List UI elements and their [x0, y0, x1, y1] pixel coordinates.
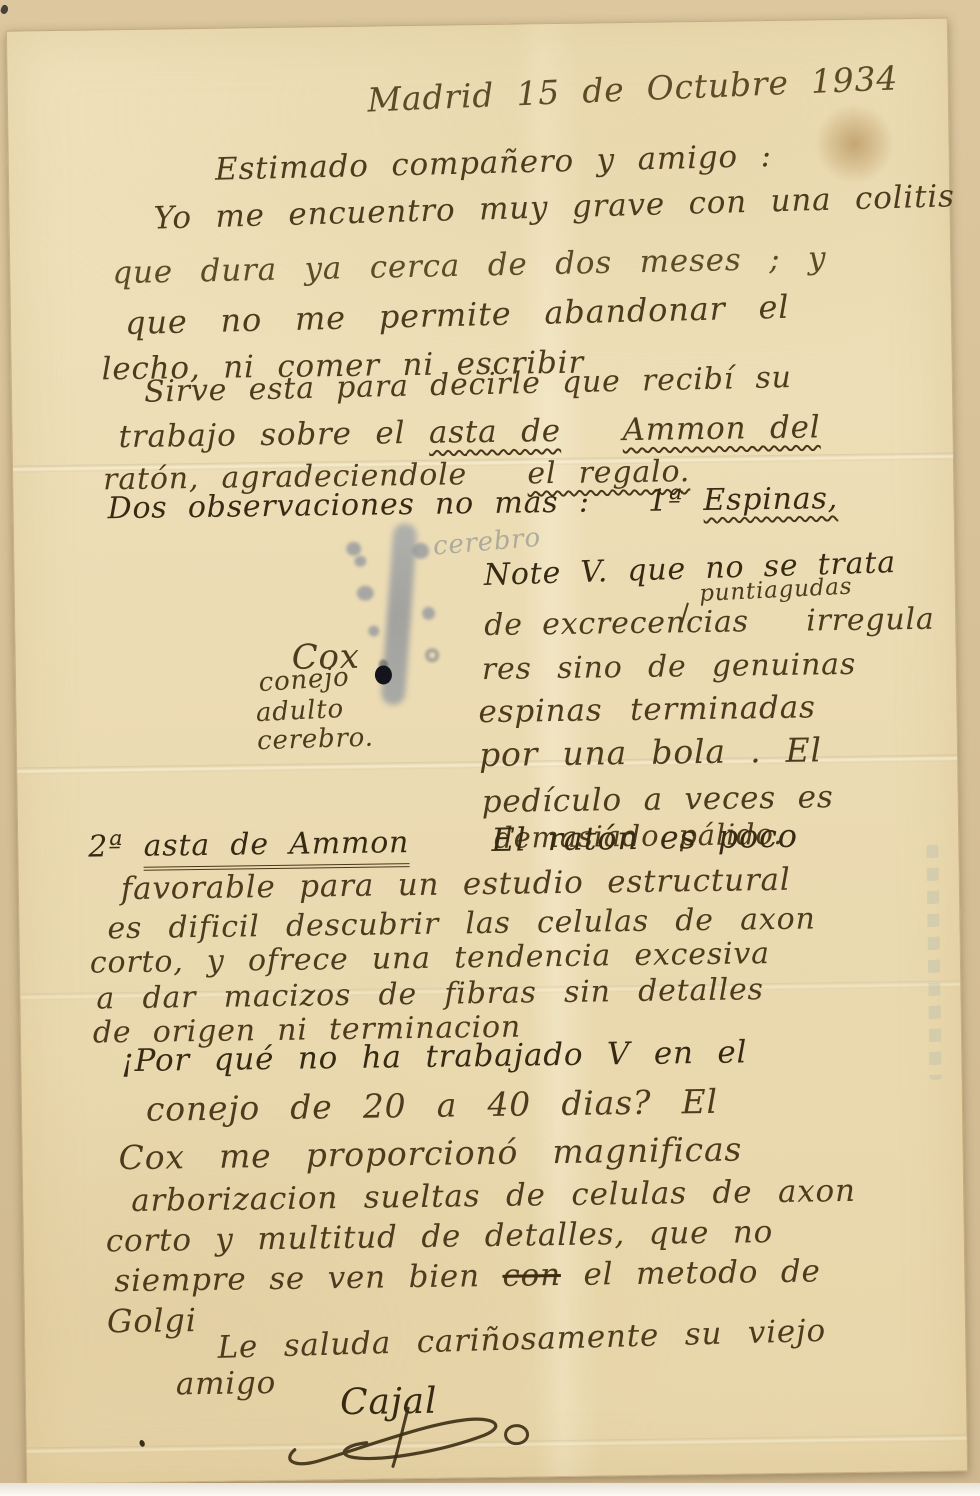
spine-dot: [357, 586, 374, 601]
letter-line: trabajo sobre el asta de Ammon del: [118, 410, 820, 454]
scan-edge: [0, 1483, 980, 1496]
spine-dot: [422, 607, 435, 620]
underlined-heading: asta de Ammon: [143, 825, 409, 871]
letter-line: Golgi: [107, 1303, 197, 1339]
underlined-phrase: Ammon del: [622, 409, 820, 448]
letter-line: conejo de 20 a 40 dias? El: [146, 1084, 718, 1128]
underlined-phrase: asta de: [429, 413, 561, 451]
letter-line: corto y multitud de detalles, que no: [106, 1215, 774, 1258]
letter-line: arborizacion sueltas de celulas de axon: [131, 1174, 856, 1218]
scan-speck: [0, 4, 10, 15]
letter-line: pedículo a veces es: [481, 780, 833, 819]
faint-edge-stamp: [926, 845, 941, 1080]
letter-line: 2ª asta de Ammon El ratón es poco: [88, 819, 798, 864]
terminal-bulb: [375, 665, 392, 684]
spine-dot: [368, 625, 379, 636]
date-line: Madrid 15 de Octubre 1934: [367, 60, 899, 119]
letter-line: Cox me proporcionó magnificas: [118, 1131, 742, 1176]
signature-flourish: [280, 1400, 551, 1484]
letter-line: que dura ya cerca de dos meses ; y: [112, 241, 827, 290]
line-segment: el metodo de: [583, 1253, 821, 1292]
letter-line: a dar macizos de fibras sin detalles: [96, 973, 764, 1015]
letter-line: siempre se ven bien con el metodo de: [114, 1254, 821, 1298]
letter-line: por una bola . El: [479, 732, 822, 773]
letter-line: de excrecencias irregula: [484, 603, 935, 642]
ordinal-number: 1ª: [648, 483, 683, 518]
paper-stain: [814, 103, 895, 184]
letter-line: res sino de genuinas: [482, 648, 857, 686]
closing-line: Le saluda cariñosamente su viejo: [217, 1314, 826, 1365]
struck-word: con: [502, 1257, 561, 1294]
closing-line: amigo: [176, 1366, 277, 1401]
letter-line: favorable para un estudio estructural: [121, 863, 791, 906]
letter-line: que no me permite abandonar el: [125, 290, 790, 341]
letter-line: Yo me encuentro muy grave con una coliti…: [153, 179, 955, 235]
sketch-label: conejo: [258, 663, 351, 698]
scan-background: Madrid 15 de Octubre 1934 Estimado compa…: [0, 0, 980, 1496]
letter-line: espinas terminadas: [478, 690, 816, 729]
letter-line: ¡Por qué no ha trabajado V en el: [121, 1035, 747, 1078]
spine-dot: [412, 543, 429, 559]
spine-dot: [426, 649, 439, 662]
spine-dot: [354, 556, 366, 567]
letter-page: Madrid 15 de Octubre 1934 Estimado compa…: [6, 17, 968, 1484]
ordinal-number: 2ª: [88, 829, 123, 864]
line-segment: siempre se ven bien: [114, 1258, 480, 1299]
line-segment: trabajo sobre el: [118, 415, 405, 455]
salutation-line: Estimado compañero y amigo :: [215, 139, 773, 187]
line-segment: El ratón es poco: [491, 817, 798, 859]
line-segment: irregula: [806, 602, 935, 639]
line-segment: de excrecencias: [484, 604, 749, 643]
spine-dot: [346, 542, 361, 556]
underlined-phrase: Espinas,: [703, 481, 838, 518]
sketch-label: cerebro.: [257, 724, 375, 756]
pencil-caption: cerebro: [432, 524, 542, 562]
